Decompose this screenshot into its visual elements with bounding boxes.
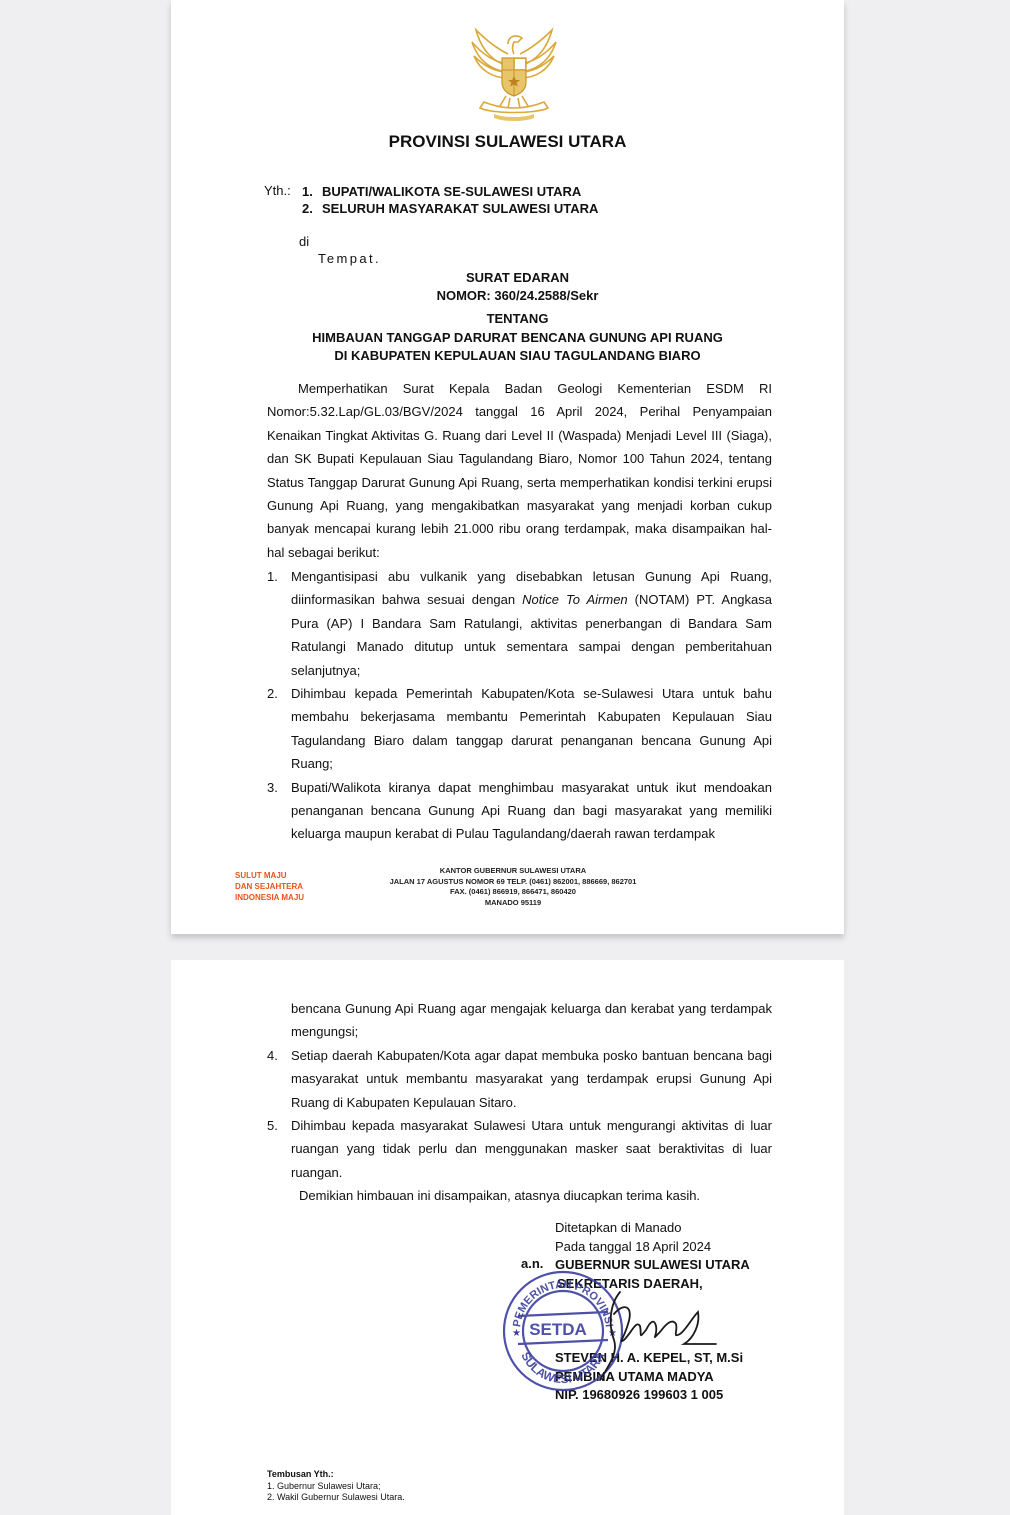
tembusan-label: Tembusan Yth.: [267,1469,405,1481]
list-item: 4.Setiap daerah Kabupaten/Kota agar dapa… [267,1044,772,1114]
svg-text:SETDA: SETDA [529,1320,587,1339]
list-item: 1.Mengantisipasi abu vulkanik yang diseb… [267,565,772,682]
svg-text:★: ★ [512,1328,521,1339]
province-title: PROVINSI SULAWESI UTARA [171,132,844,152]
letter-type: SURAT EDARAN [171,270,864,285]
instruction-list: 1.Mengantisipasi abu vulkanik yang diseb… [267,565,772,846]
tembusan-block: Tembusan Yth.: 1. Gubernur Sulawesi Utar… [267,1469,405,1504]
subject-line-1: HIMBAUAN TANGGAP DARURAT BENCANA GUNUNG … [171,330,864,345]
about-label: TENTANG [171,311,864,326]
di-label: di [299,234,309,249]
list-item: 2.Dihimbau kepada Pemerintah Kabupaten/K… [267,682,772,776]
closing-sentence: Demikian himbauan ini disampaikan, atasn… [267,1184,772,1207]
recipient-item: 2.SELURUH MASYARAKAT SULAWESI UTARA [302,200,598,217]
letter-number: NOMOR: 360/24.2588/Sekr [171,288,864,303]
garuda-emblem-icon [464,22,564,124]
list-item: 3.Bupati/Walikota kiranya dapat menghimb… [267,776,772,846]
recipients-label: Yth.: [264,183,291,198]
signing-place: Ditetapkan di Manado [555,1219,750,1238]
signing-date: Pada tanggal 18 April 2024 [555,1238,750,1257]
tempat-label: Tempat. [318,251,381,266]
footer-address: KANTOR GUBERNUR SULAWESI UTARA JALAN 17 … [363,866,663,908]
recipient-item: 1.BUPATI/WALIKOTA SE-SULAWESI UTARA [302,183,598,200]
list-item-continuation: bencana Gunung Api Ruang agar mengajak k… [267,997,772,1044]
subject-line-2: DI KABUPATEN KEPULAUAN SIAU TAGULANDANG … [171,348,864,363]
list-item: 5.Dihimbau kepada masyarakat Sulawesi Ut… [267,1114,772,1184]
handwritten-signature-icon [580,1284,720,1384]
tembusan-item: 1. Gubernur Sulawesi Utara; [267,1481,405,1493]
instruction-list-continued: bencana Gunung Api Ruang agar mengajak k… [267,997,772,1208]
recipients-list: 1.BUPATI/WALIKOTA SE-SULAWESI UTARA 2.SE… [302,183,598,217]
tembusan-item: 2. Wakil Gubernur Sulawesi Utara. [267,1492,405,1504]
document-page-1: PROVINSI SULAWESI UTARA Yth.: 1.BUPATI/W… [171,0,844,934]
intro-paragraph: Memperhatikan Surat Kepala Badan Geologi… [267,377,772,564]
footer-slogan: SULUT MAJU DAN SEJAHTERA INDONESIA MAJU [235,870,304,903]
